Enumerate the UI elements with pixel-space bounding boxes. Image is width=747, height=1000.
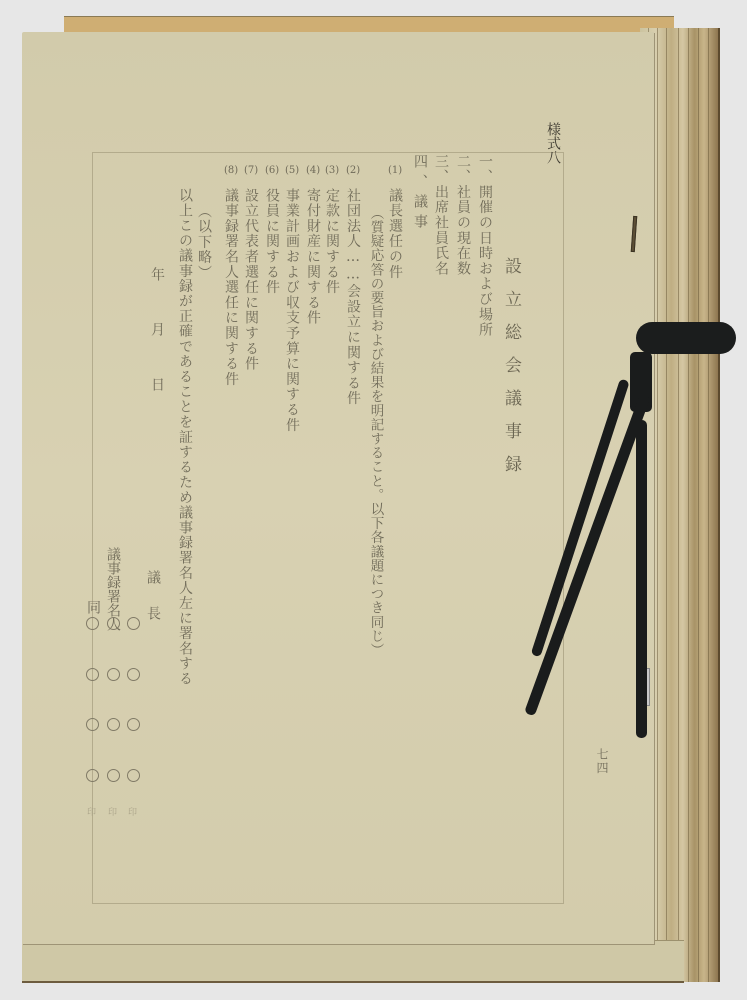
section-text: 出席社員氏名 [433,185,449,277]
agenda-note: （質疑応答の要旨および結果を明記すること。以下各議題につき同じ） [368,206,382,657]
seal-mark: 印 [87,805,96,818]
seal-mark: 印 [108,805,117,818]
agenda-item-6: 役員に関する件 [265,188,279,295]
seal-mark: 印 [128,805,137,818]
date-day: 日 [150,377,164,392]
document-page: 様式八 設立総会議事録 一、開催の日時および場所 二、社員の現在数 三、出席社員… [22,32,654,944]
section-1: 一、開催の日時および場所 [478,154,492,338]
document-title: 設立総会議事録 [502,257,519,488]
section-text: 社員の現在数 [455,185,471,277]
agenda-num-7: (7) [244,166,258,176]
section-4: 四、議事 [413,154,427,234]
agenda-item-4: 寄付財産に関する件 [306,188,320,326]
section-text: 開催の日時および場所 [477,185,493,338]
agenda-num-4: (4) [306,166,320,176]
certification-statement: 以上この議事録が正確であることを証するため議事録署名人左に署名する [178,188,192,686]
agenda-num-5: (5) [285,166,299,176]
section-2: 二、社員の現在数 [456,154,470,276]
same-label: 同 [86,600,100,615]
agenda-item-8: 議事録署名人選任に関する件 [224,188,238,387]
bottom-page-edge [22,940,684,983]
agenda-num-8: (8) [224,166,238,176]
section-3: 三、出席社員氏名 [434,154,448,276]
chair-label: 議長 [146,570,160,642]
page-number: 七四 [596,748,608,775]
section-marker: 三、 [433,154,449,185]
section-marker: 四、 [412,154,428,194]
agenda-num-1: (1) [388,166,402,176]
section-marker: 一、 [477,154,493,185]
agenda-item-1: 議長選任の件 [388,188,402,280]
staple [631,216,638,252]
form-label: 様式八 [546,122,560,164]
section-marker: 二、 [455,154,471,185]
agenda-num-3: (3) [325,166,339,176]
agenda-item-7: 設立代表者選任に関する件 [244,188,258,372]
agenda-item-2: 社団法人……会設立に関する件 [346,188,360,406]
agenda-num-2: (2) [346,166,360,176]
agenda-item-5: 事業計画および収支予算に関する件 [285,188,299,433]
date-year: 年 [150,267,164,282]
section-text: 議事 [412,194,428,234]
omitted-note: （以下略） [197,204,211,281]
agenda-item-3: 定款に関する件 [325,188,339,295]
date-month: 月 [150,322,164,337]
agenda-num-6: (6) [265,166,279,176]
